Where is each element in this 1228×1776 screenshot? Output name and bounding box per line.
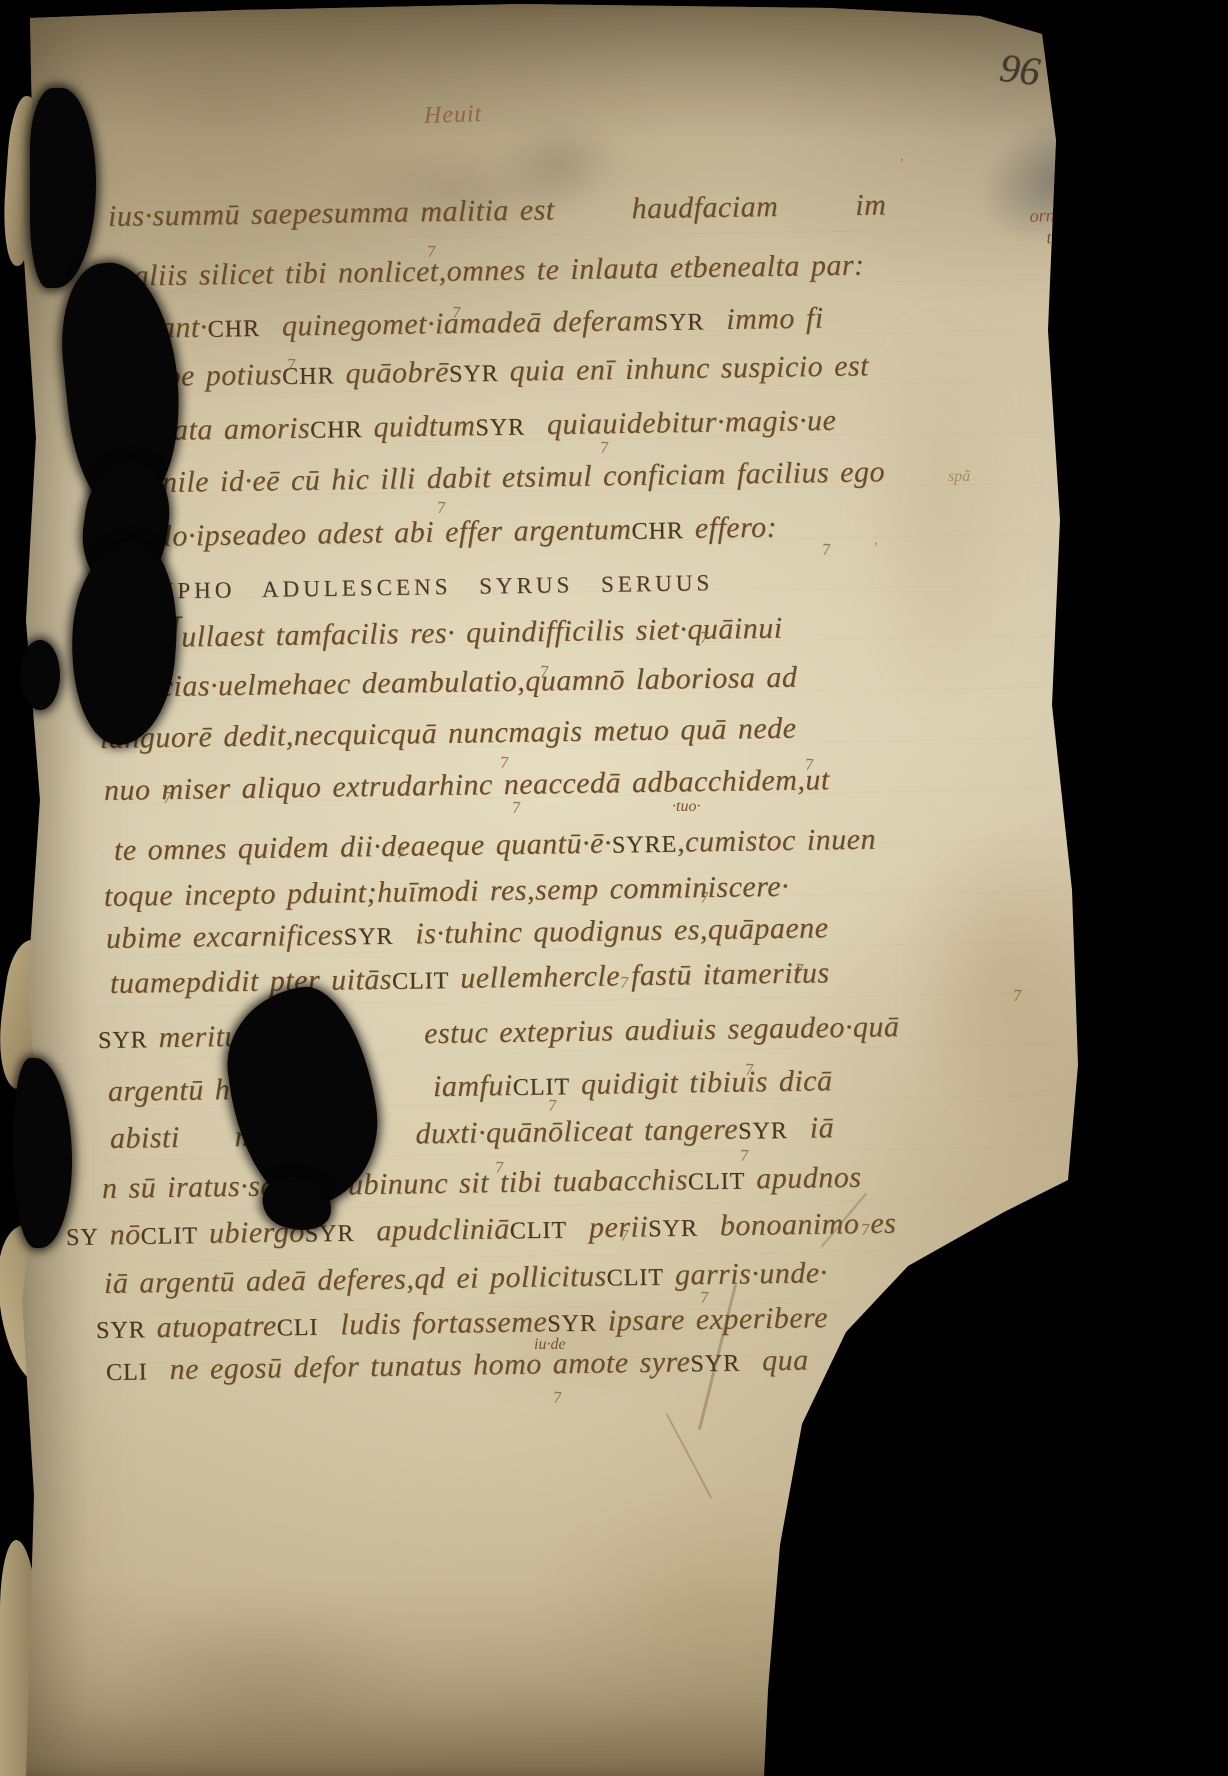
damage-hole [20, 640, 60, 710]
interlinear-note: iu·de [534, 1336, 566, 1354]
correction-mark: 7 [162, 788, 172, 809]
manuscript-scan: Heuit 96 ius·summū saepesumma malitia es… [0, 0, 1228, 1776]
correction-mark: 7 [860, 1220, 870, 1241]
correction-mark: 7 [286, 355, 296, 376]
annotation-layer: ·tuo·iu·despãʼʼ7777777777777777777777777… [0, 0, 1228, 1776]
correction-mark: 7 [699, 888, 709, 909]
correction-mark: 7 [539, 662, 549, 683]
correction-mark: 7 [619, 1226, 629, 1247]
correction-mark: 7 [699, 628, 709, 649]
correction-mark: 7 [494, 1158, 504, 1179]
correction-mark: 7 [599, 438, 609, 459]
correction-mark: 7 [547, 1096, 557, 1117]
correction-mark: 7 [396, 843, 406, 864]
correction-mark: 7 [804, 755, 814, 776]
correction-mark: 7 [794, 960, 804, 981]
correction-mark: 7 [619, 973, 629, 994]
correction-mark: 7 [821, 540, 831, 561]
correction-mark: 7 [426, 242, 436, 263]
correction-mark: 7 [499, 753, 509, 774]
correction-mark: 7 [744, 1060, 754, 1081]
correction-mark: 7 [511, 798, 521, 819]
parchment-page: Heuit 96 ius·summū saepesumma malitia es… [0, 0, 1228, 1776]
interlinear-note: ʼ [898, 156, 903, 174]
correction-mark: 7 [552, 1388, 562, 1409]
correction-mark: 7 [451, 303, 461, 324]
interlinear-note: spã [948, 468, 970, 486]
interlinear-note: ʼ [872, 540, 877, 558]
correction-mark: 7 [699, 1288, 709, 1309]
interlinear-note: ·tuo· [672, 798, 700, 816]
correction-mark: 7 [1012, 986, 1022, 1007]
correction-mark: 7 [739, 1146, 749, 1167]
correction-mark: 7 [436, 498, 446, 519]
